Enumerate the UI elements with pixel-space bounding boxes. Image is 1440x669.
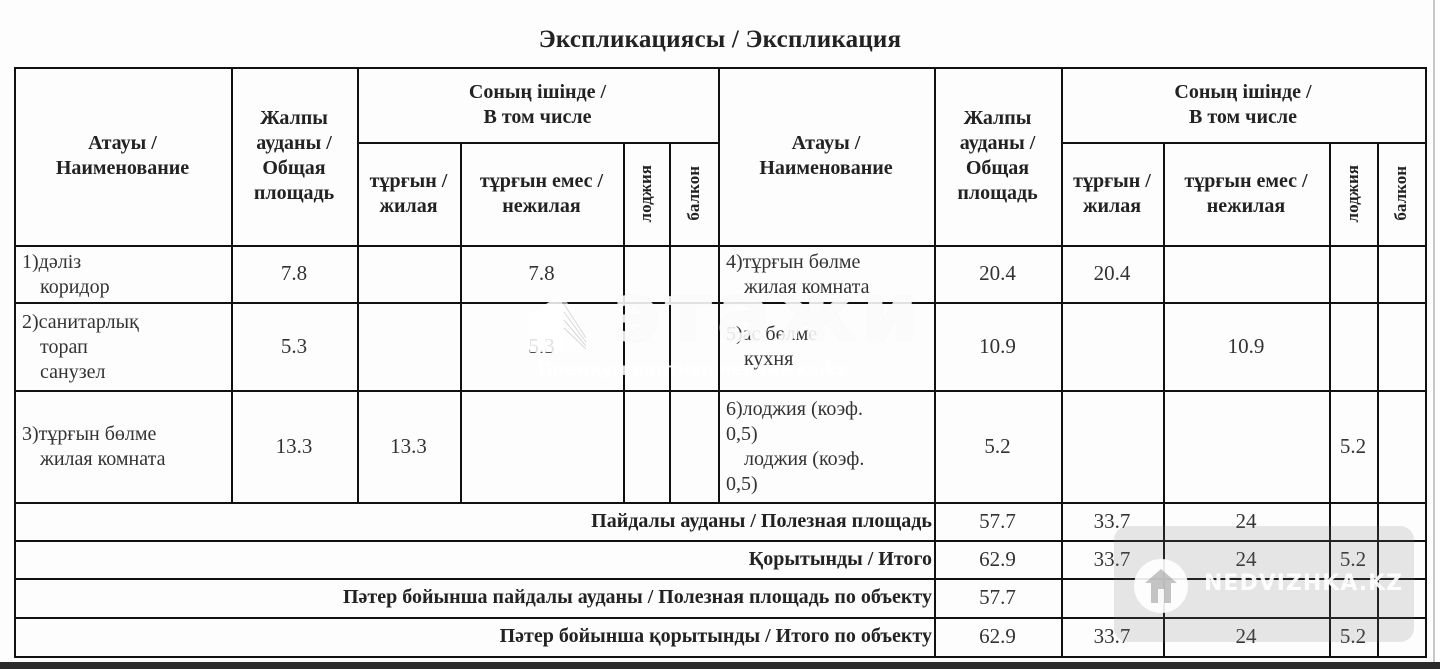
room-loggia-value: 5.2 [1329,390,1377,502]
grid-line [14,617,1425,619]
summary-total-value: 62.9 [934,617,1061,656]
summary-nonliving-value: 24 [1163,617,1329,656]
summary-loggia-value [1329,502,1377,540]
summary-loggia-value: 5.2 [1329,617,1377,656]
room-nonliving-value [1163,390,1329,502]
grid-line [460,142,462,502]
balcony-label: балкон [683,166,704,221]
loggia-label: лоджия [1342,165,1363,222]
right-header-total: Жалпы ауданы / Общая площадь [934,67,1061,245]
room-living-value: 20.4 [1061,245,1163,302]
grid-line [1163,142,1165,502]
room-loggia-value [1329,302,1377,390]
summary-label: Пайдалы ауданы / Полезная площадь [14,502,934,540]
room-name: 2)санитарлықторапсанузел [14,302,231,390]
left-header-including: Соның ішінде / В том числе [357,67,718,142]
right-header-including: Соның ішінде / В том числе [1061,67,1425,142]
room-nonliving-value: 5.3 [460,302,623,390]
left-header-living: тұрғын / жилая [357,142,460,245]
room-nonliving-value: 10.9 [1163,302,1329,390]
room-loggia-value [623,390,669,502]
room-living-value [357,245,460,302]
loggia-label: лоджия [635,165,656,222]
left-header-nonliving: тұрғын емес / нежилая [460,142,623,245]
grid-line [1061,67,1063,502]
summary-label: Қорытынды / Итого [14,540,934,578]
left-header-total: Жалпы ауданы / Общая площадь [231,67,357,245]
grid-line [14,502,1425,504]
right-header-nonliving: тұрғын емес / нежилая [1163,142,1329,245]
room-balcony-value [1377,302,1425,390]
left-header-loggia: лоджия [623,142,669,245]
summary-nonliving-value [1163,578,1329,617]
room-living-value [1061,390,1163,502]
room-loggia-value [623,245,669,302]
room-name: 1)дәлізкоридор [14,245,231,302]
summary-nonliving-value: 24 [1163,502,1329,540]
grid-line [14,390,1425,392]
left-header-name: Атауы / Наименование [14,67,231,245]
summary-label: Пәтер бойынша пайдалы ауданы / Полезная … [14,578,934,617]
room-living-value [357,302,460,390]
bottom-strip [0,662,1440,669]
room-balcony-value [669,245,718,302]
right-header-balcony: балкон [1377,142,1425,245]
right-header-loggia: лоджия [1329,142,1377,245]
grid-line [14,67,1427,69]
grid-line [14,656,1425,658]
room-balcony-value [669,390,718,502]
room-balcony-value [1377,245,1425,302]
room-total-value: 20.4 [934,245,1061,302]
room-nonliving-value: 7.8 [460,245,623,302]
grid-line [718,67,720,502]
summary-balcony-value [1377,617,1425,656]
summary-living-value: 33.7 [1061,502,1163,540]
grid-line [934,67,936,502]
grid-line [357,142,718,144]
summary-label: Пәтер бойынша қорытынды / Итого по объек… [14,617,934,656]
grid-line [14,540,1425,542]
grid-line [14,578,1425,580]
grid-line [1061,142,1425,144]
grid-line [14,302,1425,304]
room-total-value: 13.3 [231,390,357,502]
summary-living-value: 33.7 [1061,540,1163,578]
room-name: 4)тұрғын бөлмежилая комната [718,245,934,302]
grid-line [14,245,1425,247]
grid-line [231,67,233,502]
room-balcony-value [669,302,718,390]
grid-line [1377,142,1379,502]
room-loggia-value [1329,245,1377,302]
balcony-label: балкон [1390,166,1411,221]
summary-total-value: 62.9 [934,540,1061,578]
room-total-value: 10.9 [934,302,1061,390]
summary-living-value [1061,578,1163,617]
summary-balcony-value [1377,540,1425,578]
room-loggia-value [623,302,669,390]
grid-line [1425,67,1427,658]
summary-loggia-value: 5.2 [1329,540,1377,578]
summary-balcony-value [1377,502,1425,540]
page-edge [1433,0,1435,662]
summary-nonliving-value: 24 [1163,540,1329,578]
room-total-value: 5.2 [934,390,1061,502]
grid-line [623,142,625,502]
grid-line [1329,142,1331,502]
room-name: 6)лоджия (коэф.0,5)лоджия (коэф.0,5) [718,390,934,502]
grid-line [14,67,16,658]
room-total-value: 5.3 [231,302,357,390]
right-header-living: тұрғын / жилая [1061,142,1163,245]
summary-loggia-value [1329,578,1377,617]
room-nonliving-value [1163,245,1329,302]
summary-total-value: 57.7 [934,578,1061,617]
grid-line [669,142,671,502]
right-header-name: Атауы / Наименование [718,67,934,245]
document-title: Экспликациясы / Экспликация [0,26,1440,54]
summary-total-value: 57.7 [934,502,1061,540]
room-name: 3)тұрғын бөлмежилая комната [14,390,231,502]
summary-balcony-value [1377,578,1425,617]
room-balcony-value [1377,390,1425,502]
left-header-balcony: балкон [669,142,718,245]
room-name: 5)ас бөлмекухня [718,302,934,390]
grid-line [357,67,359,502]
room-total-value: 7.8 [231,245,357,302]
room-living-value: 13.3 [357,390,460,502]
room-nonliving-value [460,390,623,502]
summary-living-value: 33.7 [1061,617,1163,656]
room-living-value [1061,302,1163,390]
